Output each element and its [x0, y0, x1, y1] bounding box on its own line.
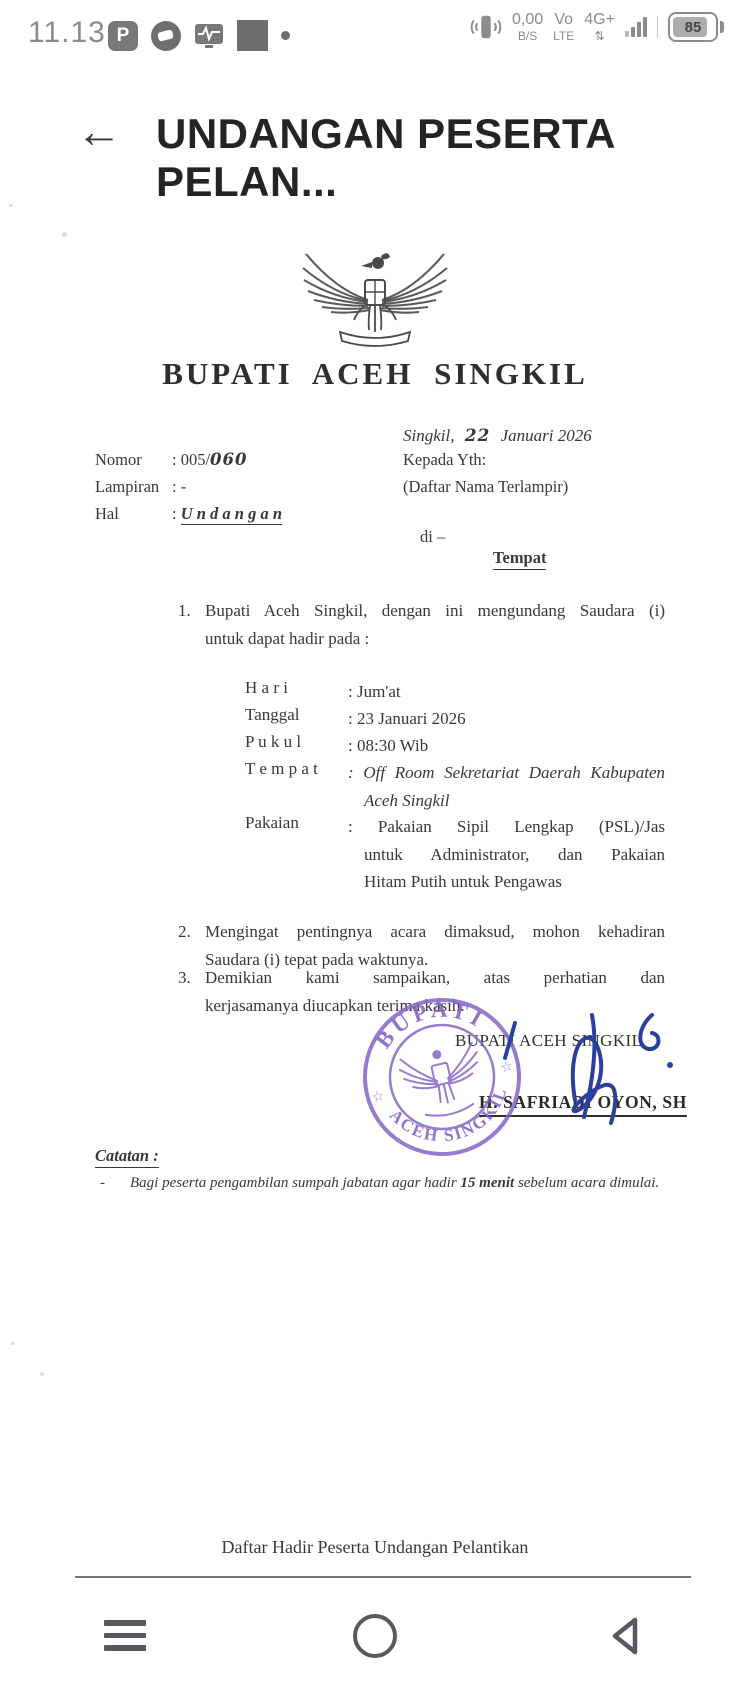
lampiran-value: : - [172, 477, 186, 497]
hal-word: U n d a n g a n [181, 504, 282, 525]
detail-value-tanggal: : 23 Januari 2026 [348, 705, 665, 733]
di-line: di – [420, 527, 445, 547]
letterhead-title: BUPATI ACEH SINGKIL [0, 356, 750, 392]
page-title: UNDANGAN PESERTA PELAN... [156, 110, 750, 206]
catatan-label: Catatan : [95, 1146, 159, 1168]
detail-label-hari: H a r i [245, 678, 288, 698]
detail-line: untuk Administrator, dan Pakaian [348, 841, 665, 869]
vibrate-icon [470, 12, 502, 42]
volte-top: Vo [554, 12, 573, 28]
detail-label-tempat: T e m p a t [245, 759, 318, 779]
garuda-emblem [298, 238, 452, 350]
detail-line: : Pakaian Sipil Lengkap (PSL)/Jas [348, 813, 665, 841]
item-number: 2. [178, 918, 205, 946]
detail-line: Hitam Putih untuk Pengawas [348, 868, 665, 896]
daftar-line: (Daftar Nama Terlampir) [403, 477, 568, 497]
handwritten-day: 22 [465, 426, 491, 446]
scan-artifact [11, 1342, 15, 1345]
hal-value: : U n d a n g a n [172, 504, 282, 524]
tempat-heading: Tempat [493, 548, 546, 570]
nomor-handwritten: 060 [210, 450, 247, 469]
network-arrows-icon: ⇅ [595, 30, 605, 42]
stamp-star-left: ☆ [370, 1087, 386, 1105]
body-item-1: 1. Bupati Aceh Singkil, dengan ini mengu… [178, 597, 665, 652]
signature-ink [480, 985, 690, 1135]
detail-line: Aceh Singkil [348, 787, 665, 815]
body-line: Bupati Aceh Singkil, dengan ini mengunda… [205, 597, 665, 625]
home-icon[interactable] [353, 1614, 397, 1658]
signal-strength-icon [625, 17, 647, 37]
hal-colon: : [172, 504, 181, 523]
detail-line: : Off Room Sekretariat Daerah Kabupaten [348, 759, 665, 787]
recents-menu-icon[interactable] [104, 1620, 146, 1651]
stamp-garuda-icon [397, 1042, 490, 1123]
camera-app-icon [151, 21, 181, 51]
data-rate-indicator: 0,00 B/S [512, 12, 543, 42]
nomor-label: Nomor [95, 450, 142, 470]
place-name: Singkil, [403, 426, 454, 445]
data-rate-value: 0,00 [512, 12, 543, 28]
body-line: Mengingat pentingnya acara dimaksud, moh… [205, 918, 665, 946]
screen-record-icon [194, 22, 224, 50]
kepada-line: Kepada Yth: [403, 450, 486, 470]
back-nav-icon[interactable] [605, 1614, 645, 1658]
more-notifications-dot [281, 31, 290, 40]
network-type-label: 4G+ [584, 12, 615, 28]
catatan-text: Bagi peserta pengambilan sumpah jabatan … [130, 1175, 670, 1192]
battery-percent: 85 [685, 19, 702, 36]
catatan-pre: Bagi peserta pengambilan sumpah jabatan … [130, 1175, 460, 1191]
scan-artifact [9, 204, 13, 207]
detail-value-pakaian: : Pakaian Sipil Lengkap (PSL)/Jas untuk … [348, 813, 665, 896]
catatan-bullet: - [100, 1175, 105, 1192]
data-rate-unit: B/S [518, 30, 537, 42]
place-date-line: Singkil, 22 Januari 2026 [403, 426, 592, 446]
date-rest: Januari 2026 [501, 426, 592, 445]
android-nav-bar [0, 1590, 750, 1681]
square-app-icon [237, 20, 268, 51]
status-indicators: 0,00 B/S Vo LTE 4G+ ⇅ 85 [470, 12, 724, 42]
volte-bottom: LTE [553, 30, 574, 42]
battery-icon: 85 [668, 12, 718, 42]
nomor-typed: : 005/ [172, 450, 210, 469]
powerpoint-app-icon: P [108, 21, 138, 51]
next-page-title: Daftar Hadir Peserta Undangan Pelantikan [0, 1537, 750, 1558]
page-divider [75, 1576, 691, 1578]
item-number: 3. [178, 964, 205, 992]
hal-label: Hal [95, 504, 119, 524]
clock: 11.13 [28, 16, 106, 50]
detail-value-tempat: : Off Room Sekretariat Daerah Kabupaten … [348, 759, 665, 814]
back-button[interactable]: ← [76, 108, 122, 154]
catatan-post: sebelum acara dimulai. [514, 1175, 659, 1191]
battery-nub [720, 21, 724, 33]
nomor-value: : 005/060 [172, 450, 248, 470]
detail-value-pukul: : 08:30 Wib [348, 732, 665, 760]
network-type-indicator: 4G+ ⇅ [584, 12, 615, 42]
item-number: 1. [178, 597, 205, 625]
scan-artifact [40, 1372, 44, 1376]
detail-value-hari: : Jum'at [348, 678, 665, 706]
detail-label-pakaian: Pakaian [245, 813, 299, 833]
detail-label-pukul: P u k u l [245, 732, 301, 752]
status-divider [657, 16, 658, 38]
lampiran-label: Lampiran [95, 477, 159, 497]
volte-indicator: Vo LTE [553, 12, 574, 42]
body-line: untuk dapat hadir pada : [205, 625, 665, 653]
scan-artifact [62, 232, 67, 237]
catatan-bold: 15 menit [460, 1175, 514, 1191]
notification-icons: P [108, 20, 290, 51]
detail-label-tanggal: Tanggal [245, 705, 300, 725]
